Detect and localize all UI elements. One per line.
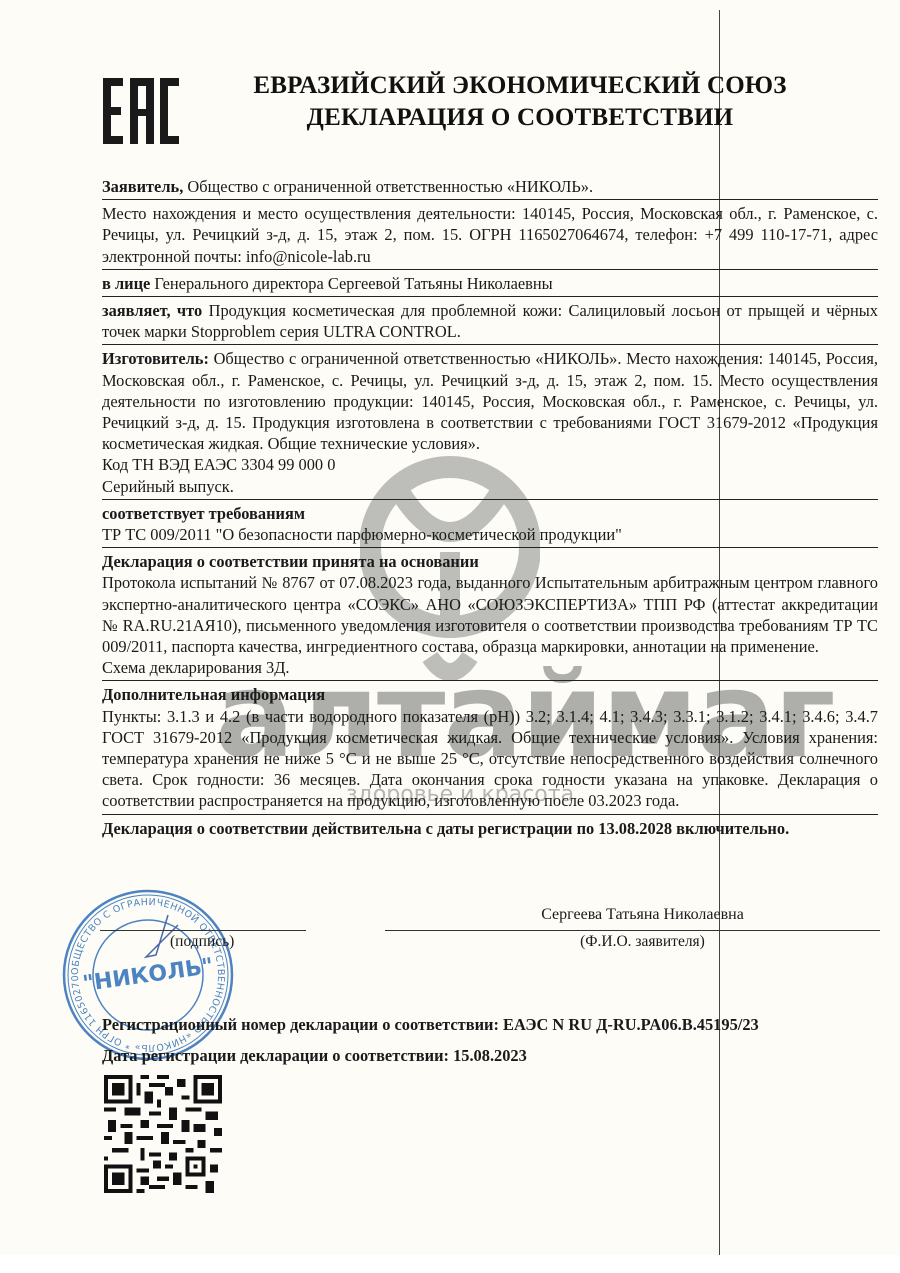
technical-regulation: ТР ТС 009/2011 "О безопасности парфюмерн… <box>102 524 878 545</box>
company-stamp-icon: ОБЩЕСТВО С ОГРАНИЧЕННОЙ ОТВЕТСТВЕННОСТЬЮ… <box>58 885 238 1065</box>
document-title: ЕВРАЗИЙСКИЙ ЭКОНОМИЧЕСКИЙ СОЮЗ ДЕКЛАРАЦИ… <box>240 70 800 134</box>
represented-by-section: в лице Генерального директора Сергеевой … <box>102 273 878 297</box>
title-union: ЕВРАЗИЙСКИЙ ЭКОНОМИЧЕСКИЙ СОЮЗ <box>240 70 800 102</box>
additional-info-label: Дополнительная информация <box>102 684 878 705</box>
signature-label: (подпись) <box>170 933 234 951</box>
applicant-full-name: Сергеева Татьяна Николаевна <box>385 906 880 924</box>
product-description: Продукция косметическая для проблемной к… <box>102 301 878 341</box>
applicant-label: Заявитель, <box>102 177 183 196</box>
manufacturer-label: Изготовитель: <box>102 349 209 368</box>
applicant-section: Заявитель, Общество с ограниченной ответ… <box>102 176 878 200</box>
manufacturer-text: Изготовитель: Общество с ограниченной от… <box>102 348 878 454</box>
qr-code-icon[interactable] <box>104 1075 222 1193</box>
registration-number: Регистрационный номер декларации о соотв… <box>102 1015 759 1035</box>
registration-date: Дата регистрации декларации о соответств… <box>102 1046 527 1066</box>
complies-section: соответствует требованиям ТР ТС 009/2011… <box>102 503 878 548</box>
declaration-scheme: Схема декларирования 3Д. <box>102 657 878 678</box>
name-line <box>385 930 880 931</box>
validity-statement: Декларация о соответствии действительна … <box>102 818 878 839</box>
basis-label: Декларация о соответствии принята на осн… <box>102 551 878 572</box>
title-declaration: ДЕКЛАРАЦИЯ О СООТВЕТСТВИИ <box>240 102 800 134</box>
manufacturer-value: Общество с ограниченной ответственностью… <box>102 349 878 453</box>
additional-info-section: Дополнительная информация Пункты: 3.1.3 … <box>102 684 878 814</box>
represented-by-value: Генерального директора Сергеевой Татьяны… <box>150 274 552 293</box>
represented-by-label: в лице <box>102 274 150 293</box>
basis-section: Декларация о соответствии принята на осн… <box>102 551 878 681</box>
declaration-body: Заявитель, Общество с ограниченной ответ… <box>102 176 878 839</box>
complies-label: соответствует требованиям <box>102 503 878 524</box>
basis-value: Протокола испытаний № 8767 от 07.08.2023… <box>102 572 878 657</box>
name-label: (Ф.И.О. заявителя) <box>385 933 880 951</box>
declares-label: заявляет, что <box>102 301 202 320</box>
tn-ved-code: Код ТН ВЭД ЕАЭС 3304 99 000 0 <box>102 454 878 475</box>
declares-section: заявляет, что Продукция косметическая дл… <box>102 300 878 345</box>
signature-line <box>100 930 306 931</box>
manufacturer-section: Изготовитель: Общество с ограниченной от… <box>102 348 878 499</box>
stamp-center-text: "НИКОЛЬ" <box>81 954 215 997</box>
release-type: Серийный выпуск. <box>102 476 878 497</box>
applicant-value: Общество с ограниченной ответственностью… <box>183 177 593 196</box>
location-section: Место нахождения и место осуществления д… <box>102 203 878 270</box>
additional-info-value: Пункты: 3.1.3 и 4.2 (в части водородного… <box>102 706 878 812</box>
eac-logo-icon <box>103 78 179 144</box>
